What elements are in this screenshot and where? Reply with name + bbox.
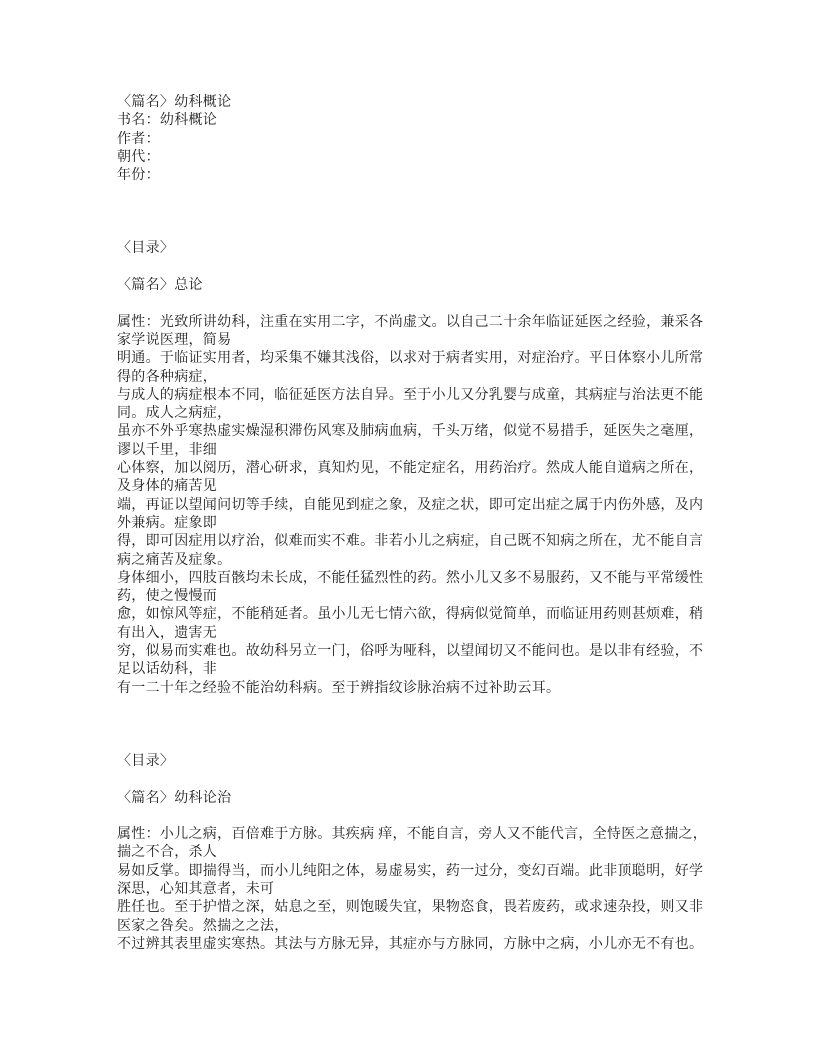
text-line: 虽亦不外乎寒热虚实燥湿积滞伤风寒及肺病血病，千头万绪，似觉不易措手，延医失之毫厘…: [117, 423, 720, 441]
text-line: 有出入，遗害无: [117, 625, 720, 643]
text-line: 药，使之慢慢而: [117, 588, 720, 606]
text-line: 朝代：: [117, 149, 720, 167]
section-title: 〈篇名〉总论: [117, 277, 720, 295]
text-line: 及身体的痛苦见: [117, 478, 720, 496]
text-line: 病之痛苦及症象。: [117, 552, 720, 570]
text-line: 谬以千里，非细: [117, 442, 720, 460]
text-line: 与成人的病症根本不同，临征延医方法自异。至于小儿又分乳婴与成童，其病症与治法更不…: [117, 387, 720, 405]
text-line: 身体细小，四肢百骸均未长成，不能任猛烈性的药。然小儿又多不易服药，又不能与平常缓…: [117, 570, 720, 588]
text-line: 年份：: [117, 167, 720, 185]
text-line: 得的各种病症，: [117, 369, 720, 387]
text-line: 愈，如惊风等症，不能稍延者。虽小儿无七情六欲，得病似觉简单，而临证用药则甚烦难，…: [117, 606, 720, 624]
toc-marker: 〈目录〉: [117, 240, 720, 258]
section-title: 〈篇名〉幼科论治: [117, 790, 720, 808]
section-paragraph: 属性：光致所讲幼科，注重在实用二字，不尚虚文。以自己二十余年临证延医之经验，兼采…: [117, 314, 720, 698]
text-line: 揣之不合，杀人: [117, 844, 720, 862]
text-line: 端，再证以望闻问切等手续，自能见到症之象，及症之状，即可定出症之属于内伤外感，及…: [117, 497, 720, 515]
text-line: 足以话幼科，非: [117, 661, 720, 679]
text-line: 〈篇名〉幼科概论: [117, 94, 720, 112]
text-line: 家学说医理，简易: [117, 332, 720, 350]
text-line: 属性：光致所讲幼科，注重在实用二字，不尚虚文。以自己二十余年临证延医之经验，兼采…: [117, 314, 720, 332]
text-line: 属性：小儿之病，百倍难于方脉。其疾病 痒，不能自言，旁人又不能代言，全恃医之意揣…: [117, 826, 720, 844]
toc-marker: 〈目录〉: [117, 753, 720, 771]
text-line: 得，即可因症用以疗治，似难而实不难。非若小儿之病症，自己既不知病之所在，尤不能自…: [117, 533, 720, 551]
text-line: 书名：幼科概论: [117, 112, 720, 130]
text-line: 深思，心知其意者，未可: [117, 881, 720, 899]
section-zonglun: 〈目录〉 〈篇名〉总论 属性：光致所讲幼科，注重在实用二字，不尚虚文。以自己二十…: [117, 240, 720, 697]
text-line: 明通。于临证实用者，均采集不嫌其浅俗，以求对于病者实用，对症治疗。平日体察小儿所…: [117, 350, 720, 368]
document-page: 〈篇名〉幼科概论书名：幼科概论作者：朝代：年份： 〈目录〉 〈篇名〉总论 属性：…: [0, 0, 816, 1056]
text-line: 胜任也。至于护惜之深，姑息之至，则饱暖失宜，果物恣食，畏若废药，或求速杂投，则又…: [117, 899, 720, 917]
section-paragraph: 属性：小儿之病，百倍难于方脉。其疾病 痒，不能自言，旁人又不能代言，全恃医之意揣…: [117, 826, 720, 954]
text-line: 医家之咎矣。然揣之之法，: [117, 918, 720, 936]
section-youke-lunzhi: 〈目录〉 〈篇名〉幼科论治 属性：小儿之病，百倍难于方脉。其疾病 痒，不能自言，…: [117, 753, 720, 954]
text-line: 同。成人之病症，: [117, 405, 720, 423]
text-line: 心体察，加以阅历，潜心研求，真知灼见，不能定症名，用药治疗。然成人能自道病之所在…: [117, 460, 720, 478]
text-line: 有一二十年之经验不能治幼科病。至于辨指纹诊脉治病不过补助云耳。: [117, 680, 720, 698]
text-line: 不过辨其表里虚实寒热。其法与方脉无异，其症亦与方脉同，方脉中之病，小儿亦无不有也…: [117, 936, 720, 954]
text-line: 外兼病。症象即: [117, 515, 720, 533]
text-line: 穷，似易而实难也。故幼科另立一门，俗呼为哑科，以望闻切又不能问也。是以非有经验，…: [117, 643, 720, 661]
document-header: 〈篇名〉幼科概论书名：幼科概论作者：朝代：年份：: [117, 94, 720, 185]
text-line: 作者：: [117, 131, 720, 149]
text-line: 易如反掌。即揣得当，而小儿纯阳之体，易虚易实，药一过分，变幻百端。此非顶聪明，好…: [117, 863, 720, 881]
